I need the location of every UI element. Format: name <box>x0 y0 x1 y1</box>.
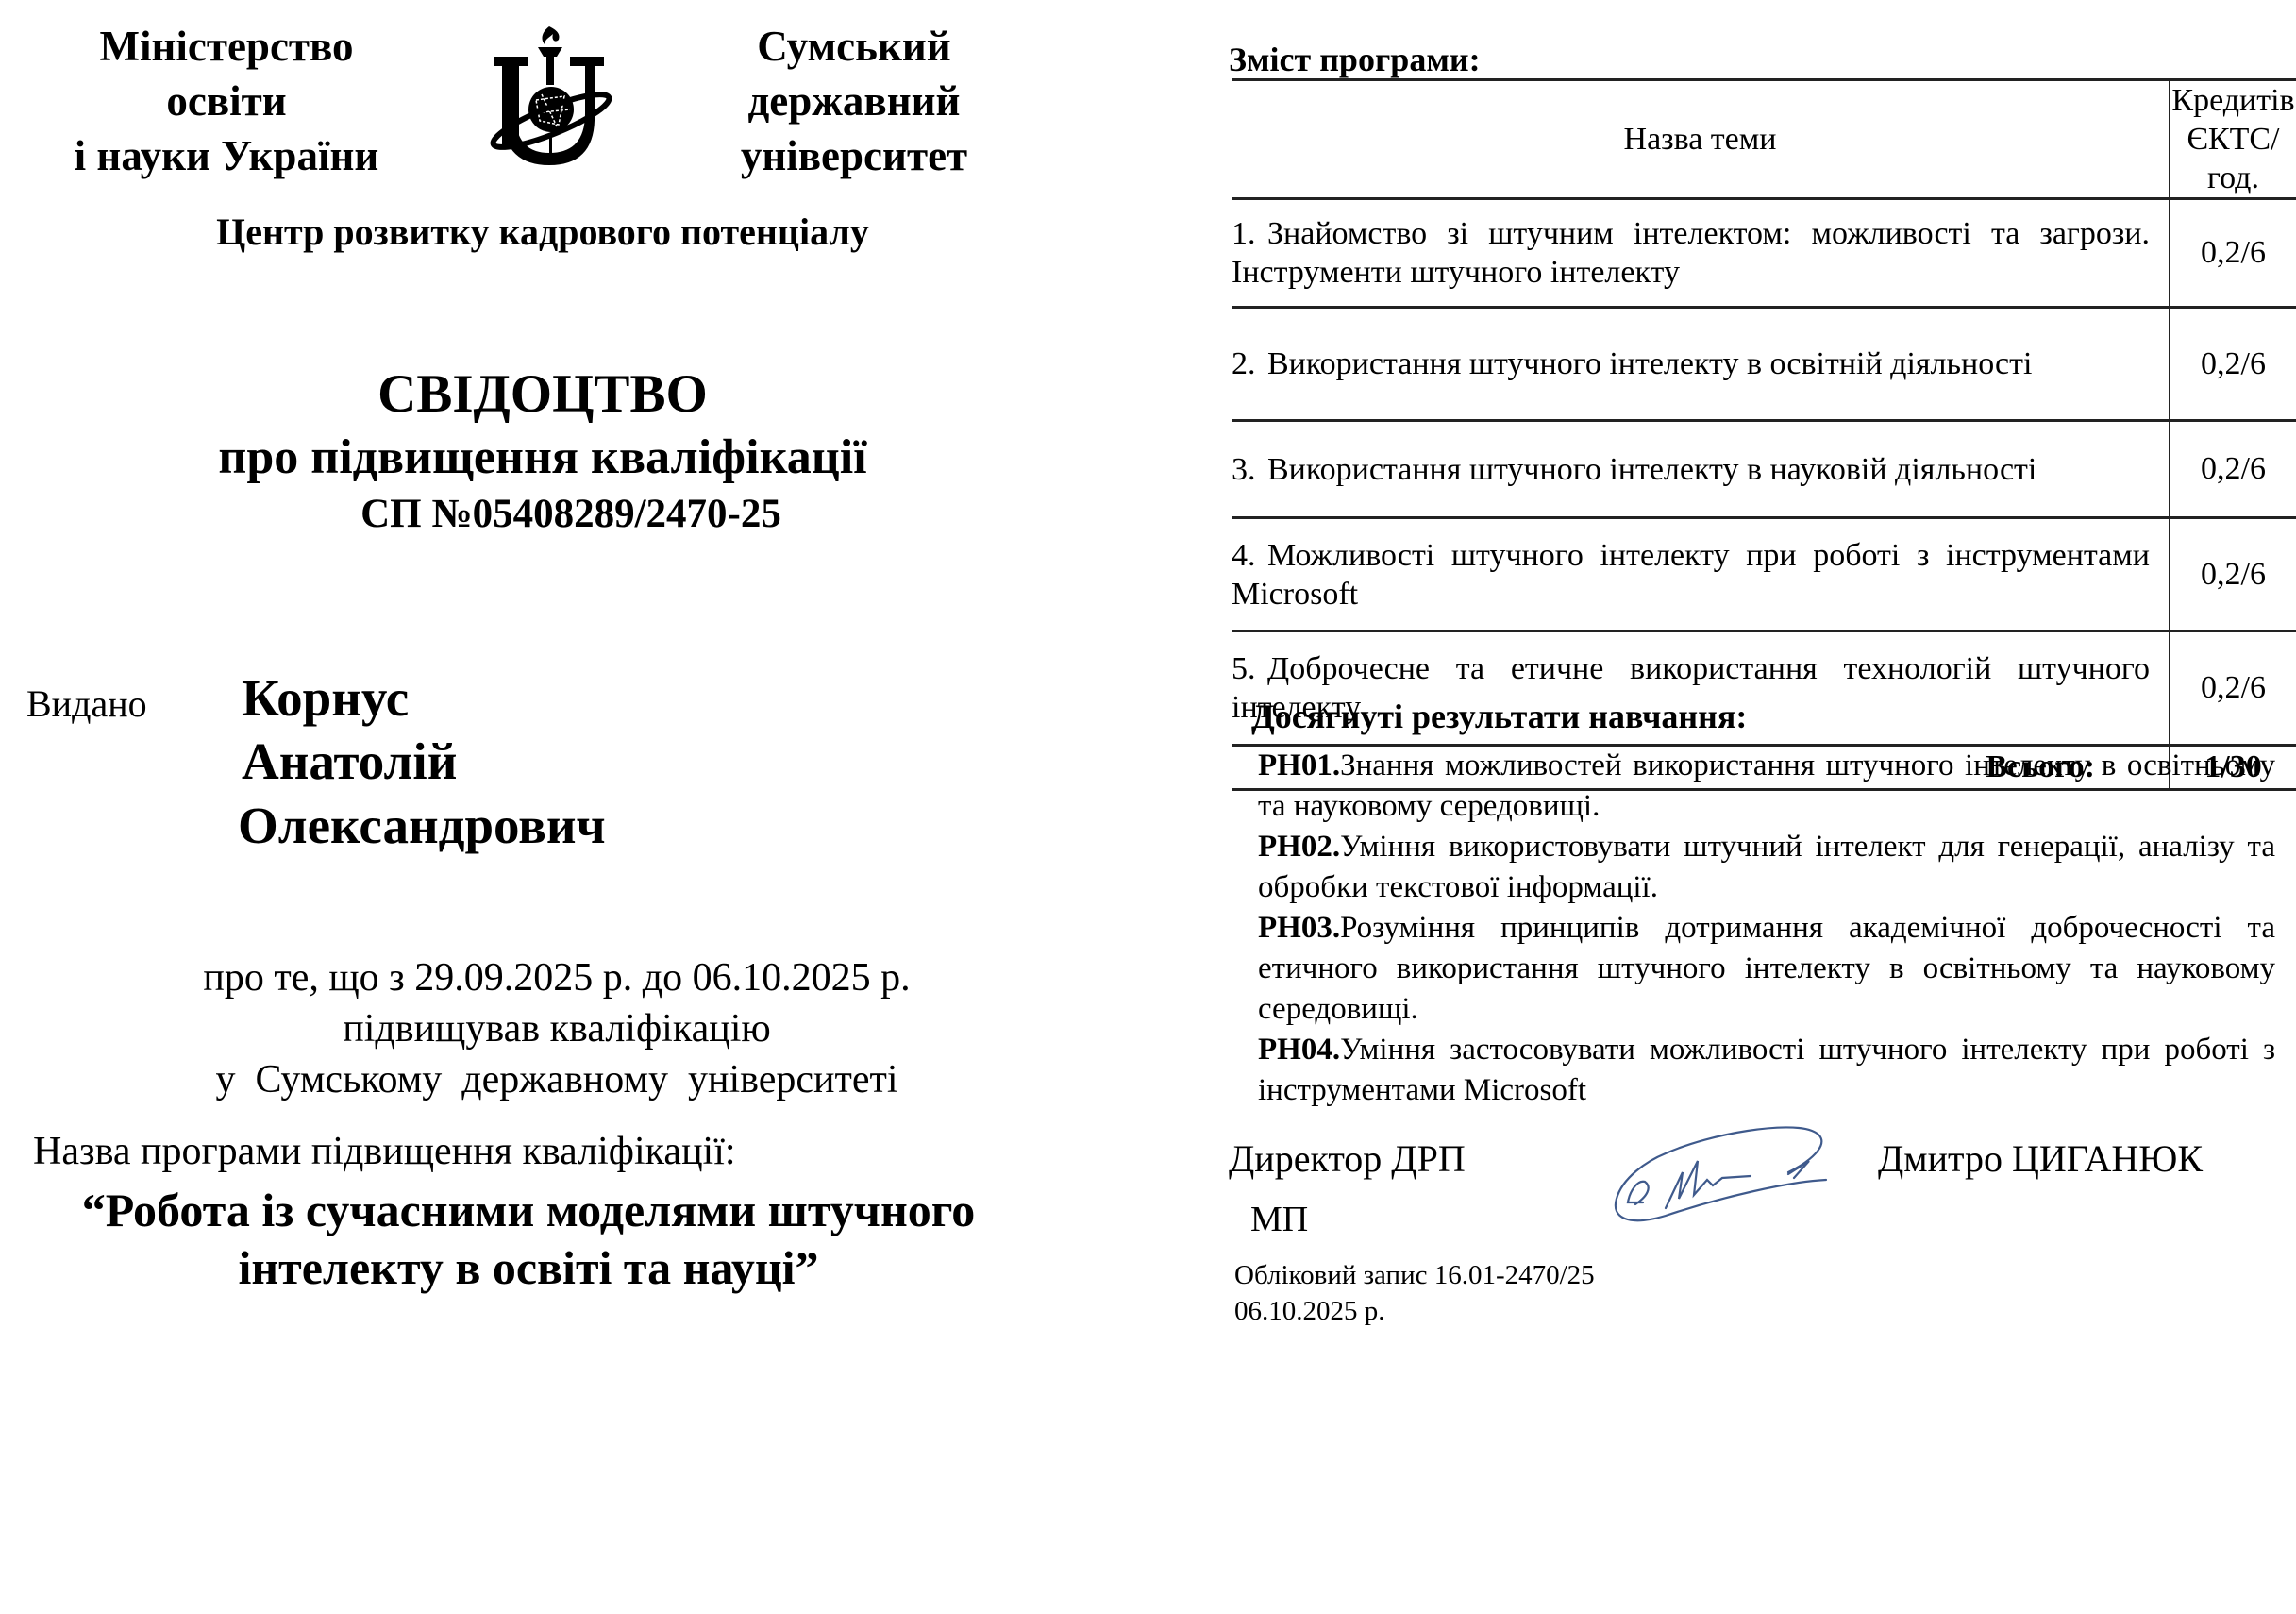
learning-result-item: РН01.Знання можливостей використання шту… <box>1258 746 2275 827</box>
topic-cell: 1.Знайомство зі штучним інтелектом: можл… <box>1232 199 2170 308</box>
program-content-table: Назва теми Кредитів ЄКТС/год. 1.Знайомст… <box>1232 78 2296 791</box>
issued-label: Видано <box>26 681 147 726</box>
learning-results-list: РН01.Знання можливостей використання шту… <box>1258 746 2275 1111</box>
result-text: Знання можливостей використання штучного… <box>1258 748 2275 823</box>
recipient-patronymic: Олександрович <box>238 796 606 855</box>
center-name: Центр розвитку кадрового потенціалу <box>0 210 1085 254</box>
learning-result-item: РН02.Уміння використовувати штучний інте… <box>1258 827 2275 908</box>
director-name: Дмитро ЦИГАНЮК <box>1878 1136 2203 1181</box>
topic-number: 5. <box>1232 649 1267 688</box>
topic-cell: 3.Використання штучного інтелекту в наук… <box>1232 421 2170 518</box>
university-name: Сумський державний університет <box>698 19 1010 183</box>
program-label: Назва програми підвищення кваліфікації: <box>33 1129 736 1174</box>
university-line: Сумський <box>698 19 1010 74</box>
table-row: 2.Використання штучного інтелекту в осві… <box>1232 308 2296 421</box>
certificate-title: СВІДОЦТВО <box>0 363 1085 425</box>
director-position: Директор ДРП <box>1229 1136 1466 1181</box>
program-name-line: “Робота із сучасними моделями штучного <box>0 1183 1057 1237</box>
university-logo-icon <box>483 19 615 170</box>
credits-cell: 0,2/6 <box>2170 631 2296 746</box>
record-date: 06.10.2025 р. <box>1234 1296 1385 1327</box>
training-location: у Сумському державному університеті <box>0 1057 1114 1102</box>
topic-number: 2. <box>1232 345 1267 383</box>
result-code: РН03. <box>1258 911 1340 945</box>
topic-number: 3. <box>1232 450 1267 489</box>
university-line: університет <box>698 128 1010 183</box>
table-row: 1.Знайомство зі штучним інтелектом: можл… <box>1232 199 2296 308</box>
signature-icon <box>1609 1123 1845 1227</box>
credits-cell: 0,2/6 <box>2170 199 2296 308</box>
stamp-label: МП <box>1250 1199 1308 1240</box>
table-row: 4.Можливості штучного інтелекту при робо… <box>1232 518 2296 631</box>
record-number: Обліковий запис 16.01-2470/25 <box>1234 1260 1595 1291</box>
qualification-statement: підвищував кваліфікацію <box>0 1006 1114 1051</box>
learning-results-title: Досягнуті результати навчання: <box>1251 697 1747 736</box>
ministry-line: і науки України <box>28 128 425 183</box>
column-header-topic: Назва теми <box>1232 80 2170 199</box>
university-line: державний <box>698 74 1010 128</box>
table-header-row: Назва теми Кредитів ЄКТС/год. <box>1232 80 2296 199</box>
program-content-title: Зміст програми: <box>1229 40 1481 79</box>
topic-name: Використання штучного інтелекту в науков… <box>1267 452 2036 487</box>
topic-cell: 4.Можливості штучного інтелекту при робо… <box>1232 518 2170 631</box>
column-header-credits-line: Кредитів <box>2170 81 2296 120</box>
result-text: Розуміння принципів дотримання академічн… <box>1258 911 2275 1026</box>
certificate-number: СП №05408289/2470-25 <box>0 491 1142 537</box>
credits-cell: 0,2/6 <box>2170 421 2296 518</box>
result-code: РН01. <box>1258 748 1340 782</box>
learning-result-item: РН04.Уміння застосовувати можливості шту… <box>1258 1030 2275 1111</box>
topic-name: Можливості штучного інтелекту при роботі… <box>1232 538 2150 612</box>
topic-number: 1. <box>1232 214 1267 253</box>
recipient-surname: Корнус <box>242 668 409 728</box>
topic-name: Використання штучного інтелекту в освітн… <box>1267 346 2032 381</box>
recipient-first-name: Анатолій <box>242 731 457 791</box>
credits-cell: 0,2/6 <box>2170 518 2296 631</box>
table-row: 3.Використання штучного інтелекту в наук… <box>1232 421 2296 518</box>
certificate-subtitle: про підвищення кваліфікації <box>0 429 1085 485</box>
topic-number: 4. <box>1232 536 1267 575</box>
ministry-line: Міністерство <box>28 19 425 74</box>
topic-name: Знайомство зі штучним інтелектом: можлив… <box>1232 216 2150 290</box>
training-period: про те, що з 29.09.2025 р. до 06.10.2025… <box>0 955 1114 1000</box>
program-name-line: інтелекту в освіті та науці” <box>0 1240 1057 1295</box>
column-header-credits: Кредитів ЄКТС/год. <box>2170 80 2296 199</box>
topic-cell: 2.Використання штучного інтелекту в осві… <box>1232 308 2170 421</box>
result-text: Уміння застосовувати можливості штучного… <box>1258 1033 2275 1107</box>
learning-result-item: РН03.Розуміння принципів дотримання акад… <box>1258 908 2275 1030</box>
credits-cell: 0,2/6 <box>2170 308 2296 421</box>
column-header-credits-line: ЄКТС/год. <box>2170 120 2296 197</box>
ministry-line: освіти <box>28 74 425 128</box>
result-code: РН02. <box>1258 830 1340 864</box>
result-text: Уміння використовувати штучний інтелект … <box>1258 830 2275 904</box>
ministry-name: Міністерство освіти і науки України <box>28 19 425 183</box>
result-code: РН04. <box>1258 1033 1340 1067</box>
